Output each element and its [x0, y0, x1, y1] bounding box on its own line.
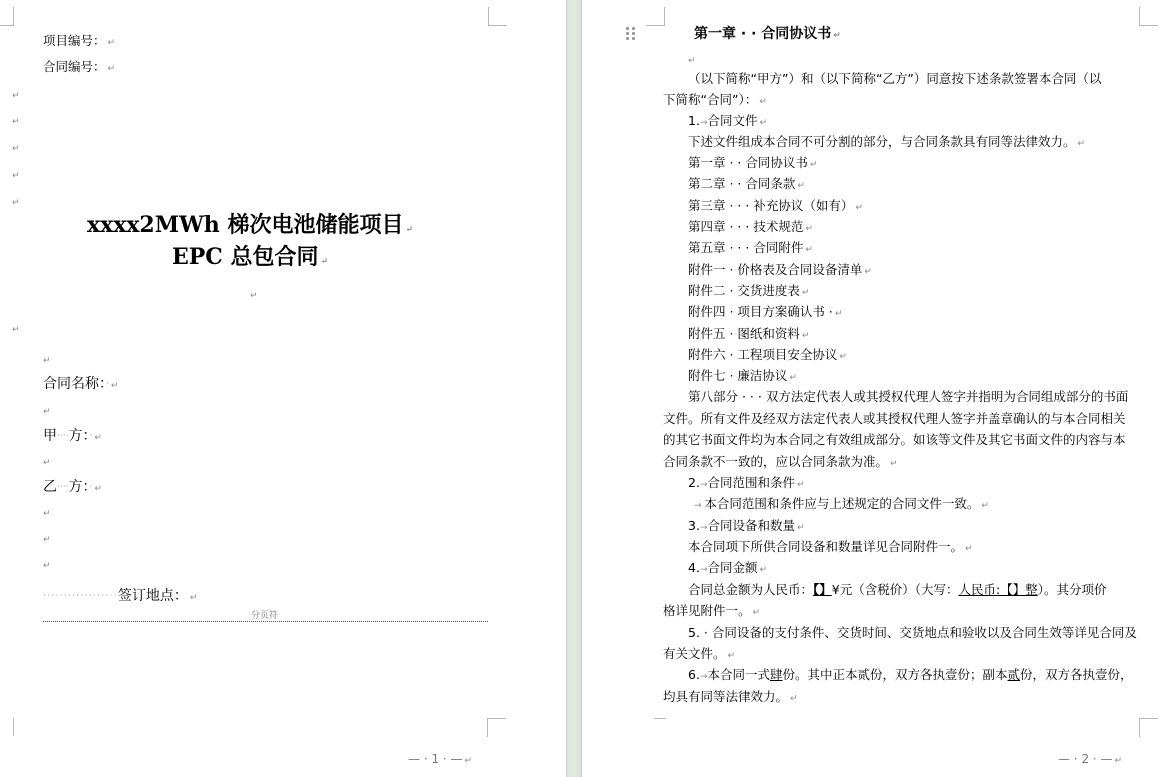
- section-6-line-1: 6.→本合同一式肆份。其中正本贰份，双方各执壹份；副本贰份，双方各执壹份，: [688, 667, 1133, 685]
- amount-placeholder[interactable]: 【】: [813, 582, 832, 597]
- paragraph-mark-icon: ↵: [805, 245, 813, 255]
- paragraph-mark-icon: ↵: [789, 373, 797, 383]
- page-break-label: 分页符: [250, 611, 279, 621]
- list-item-text: 第四章 · · · 技术规范: [688, 219, 803, 234]
- paragraph-mark-icon: ↵: [43, 509, 51, 519]
- paragraph-mark-icon: ↵: [790, 694, 798, 704]
- space-mark: ·: [106, 379, 109, 389]
- section-3-body: 本合同项下所供合同设备和数量详见合同附件一。↵: [688, 539, 973, 557]
- page-number-text: — · 1 · —: [408, 752, 463, 766]
- section-4-heading: 4.→合同金额↵: [688, 560, 767, 578]
- paragraph-mark-icon: ↵: [12, 325, 20, 335]
- list-item-text: 第三章 · · · 补充协议（如有）: [688, 198, 853, 213]
- section-body-text: 本合同项下所供合同设备和数量详见合同附件一。: [688, 539, 963, 554]
- list-item-text: 第二章 · · 合同条款: [688, 176, 795, 191]
- body-text: 均具有同等法律效力。: [663, 689, 788, 704]
- paragraph-mark-icon: ↵: [864, 267, 872, 277]
- paragraph-mark-icon: ↵: [465, 756, 473, 766]
- contract-number-label: 合同编号：: [43, 59, 106, 74]
- document-list-item: 附件二 · 交货进度表↵: [688, 283, 809, 301]
- margin-corner-mark: [1139, 7, 1158, 26]
- list-item-text: 附件六 · 工程项目安全协议: [688, 347, 837, 362]
- chapter-title-text: 第一章 · · 合同协议书: [694, 26, 831, 42]
- document-list-item: 附件一 · 价格表及合同设备清单↵: [688, 262, 872, 280]
- paragraph-mark-icon: ↵: [835, 309, 843, 319]
- project-number-label: 项目编号：: [43, 33, 106, 48]
- paragraph-mark-icon: ↵: [797, 181, 805, 191]
- body-text: 有关文件。: [663, 646, 726, 661]
- paragraph-mark-icon: ↵: [108, 64, 116, 74]
- paragraph-mark-icon: ↵: [190, 593, 198, 603]
- paragraph-mark-icon: ↵: [759, 97, 767, 107]
- section-body-text: 下述文件组成本合同不可分割的部分，与合同条款具有同等法律效力。: [688, 134, 1076, 149]
- margin-corner-mark: [0, 718, 14, 736]
- title-text: xxxx2MWh 梯次电池储能项目: [87, 212, 404, 238]
- project-number-field[interactable]: 项目编号：↵: [43, 33, 115, 51]
- document-list-item: 附件四 · 项目方案确认书 ·↵: [688, 304, 842, 322]
- document-list-item: 第二章 · · 合同条款↵: [688, 176, 805, 194]
- body-text: 本合同一式: [707, 667, 770, 682]
- section-number: 1.: [688, 113, 700, 128]
- party-a-label-a: 甲: [43, 428, 57, 444]
- space-marks: ··················: [43, 591, 118, 601]
- paragraph-mark-icon: ↵: [810, 160, 818, 170]
- space-mark: ·: [89, 431, 92, 441]
- paragraph-mark-icon: ↵: [12, 91, 20, 101]
- part-8-line-1: 第八部分 · · · 双方法定代表人或其授权代理人签字并指明为合同组成部分的书面: [688, 389, 1128, 405]
- margin-corner-mark: [0, 7, 14, 26]
- paragraph-mark-icon: ↵: [111, 381, 119, 391]
- intro-text: 下简称“合同”）：: [663, 92, 757, 107]
- paragraph-mark-icon: ↵: [797, 480, 805, 490]
- paragraph-mark-icon: ↵: [250, 291, 258, 301]
- paragraph-mark-icon: ↵: [94, 484, 102, 494]
- list-item-text: 附件二 · 交货进度表: [688, 283, 800, 298]
- section-heading-text: 合同金额: [707, 560, 757, 575]
- part-8-line-4: 合同条款不一致的，应以合同条款为准。↵: [663, 454, 898, 472]
- document-list-item: 第一章 · · 合同协议书↵: [688, 155, 817, 173]
- document-list-item: 第三章 · · · 补充协议（如有）↵: [688, 198, 863, 216]
- space-marks: ····: [57, 482, 68, 492]
- paragraph-mark-icon: ↵: [1115, 756, 1123, 766]
- paragraph-mark-icon: ↵: [12, 171, 20, 181]
- paragraph-drag-handle-icon[interactable]: [626, 27, 636, 41]
- party-b-field[interactable]: 乙····方：·↵: [43, 478, 102, 498]
- list-item-text: 附件一 · 价格表及合同设备清单: [688, 262, 862, 277]
- paragraph-mark-icon: ↵: [981, 501, 989, 511]
- page-number-2: — · 2 · —↵: [1058, 752, 1122, 766]
- party-a-field[interactable]: 甲····方：·↵: [43, 427, 102, 447]
- paragraph-mark-icon: ↵: [802, 331, 810, 341]
- body-text: 份。其中正本贰份，双方各执壹份；副本: [783, 667, 1008, 682]
- paragraph-mark-icon: ↵: [320, 257, 328, 267]
- section-1-heading: 1.→合同文件↵: [688, 113, 767, 131]
- section-3-heading: 3.→合同设备和数量↵: [688, 518, 805, 536]
- paragraph-mark-icon: ↵: [802, 288, 810, 298]
- section-body-text: 本合同范围和条件应与上述规定的合同文件一致。: [704, 496, 979, 511]
- margin-corner-mark: [1139, 718, 1158, 737]
- paragraph-mark-icon: ↵: [1078, 139, 1086, 149]
- paragraph-mark-icon: ↵: [94, 433, 102, 443]
- party-b-label-b: 方：: [68, 479, 89, 495]
- intro-line-1: （以下简称“甲方”）和（以下简称“乙方”）同意按下述条款签署本合同（以: [688, 71, 1101, 87]
- list-item-text: 附件四 · 项目方案确认书 ·: [688, 304, 833, 319]
- paragraph-mark-icon: ↵: [890, 459, 898, 469]
- list-item-text: 第五章 · · · 合同附件: [688, 240, 803, 255]
- paragraph-mark-icon: ↵: [43, 458, 51, 468]
- section-heading-text: 合同范围和条件: [707, 475, 795, 490]
- space-mark: ·: [89, 482, 92, 492]
- page-break-line: [43, 621, 488, 622]
- signing-place-label: 签订地点：: [118, 588, 188, 604]
- document-list-item: 附件七 · 廉洁协议↵: [688, 368, 797, 386]
- paragraph-mark-icon: ↵: [965, 544, 973, 554]
- document-title-line-1: xxxx2MWh 梯次电池储能项目↵: [0, 210, 500, 245]
- part-8-line-2: 文件。所有文件及经双方法定代表人或其授权代理人签字并盖章确认的与本合同相关: [663, 411, 1126, 427]
- amount-words-placeholder[interactable]: 人民币:【】整: [959, 582, 1038, 597]
- page-number-1: — · 1 · —↵: [408, 752, 472, 766]
- paragraph-mark-icon: ↵: [43, 561, 51, 571]
- section-number: 2.: [688, 475, 700, 490]
- paragraph-mark-icon: ↵: [805, 224, 813, 234]
- section-5-line-2: 有关文件。↵: [663, 646, 735, 664]
- section-4-body-line-2: 格详见附件一。↵: [663, 603, 760, 621]
- paragraph-mark-icon: ↵: [855, 203, 863, 213]
- section-4-body-line-1: 合同总金额为人民币：【】¥元（含税价）（大写：人民币:【】整）。其分项价: [688, 582, 1106, 598]
- section-number: 4.: [688, 560, 700, 575]
- paragraph-mark-icon: ↵: [12, 198, 20, 208]
- paragraph-mark-icon: ↵: [839, 352, 847, 362]
- paragraph-mark-icon: ↵: [753, 608, 761, 618]
- margin-corner-mark: [646, 7, 665, 26]
- paragraph-mark-icon: ↵: [12, 117, 20, 127]
- contract-name-field[interactable]: 合同名称：·↵: [43, 375, 118, 395]
- paragraph-mark-icon: ↵: [728, 651, 736, 661]
- paragraph-mark-icon: ↵: [43, 407, 51, 417]
- title-text: EPC 总包合同: [172, 244, 318, 270]
- document-title-line-2: EPC 总包合同↵: [0, 242, 500, 277]
- document-list-item: 附件五 · 图纸和资料↵: [688, 326, 809, 344]
- paragraph-mark-icon: ↵: [43, 535, 51, 545]
- space-marks: ····: [57, 431, 68, 441]
- margin-corner-mark: [654, 718, 666, 737]
- document-list-item: 附件六 · 工程项目安全协议↵: [688, 347, 847, 365]
- section-6-line-2: 均具有同等法律效力。↵: [663, 689, 798, 707]
- paragraph-mark-icon: ↵: [43, 356, 51, 366]
- section-number: 6.: [688, 667, 700, 682]
- body-text: ¥元（含税价）（大写：: [832, 582, 959, 597]
- signing-place-field[interactable]: ··················签订地点：↵: [43, 587, 197, 607]
- body-text: ）。其分项价: [1038, 582, 1107, 597]
- tab-arrow-icon: →: [694, 501, 704, 511]
- body-text: 格详见附件一。: [663, 603, 751, 618]
- paragraph-mark-icon: ↵: [108, 38, 116, 48]
- margin-corner-mark: [487, 718, 506, 737]
- paragraph-mark-icon: ↵: [688, 56, 696, 66]
- body-text: 合同总金额为人民币：: [688, 582, 813, 597]
- copies-duplicate-field[interactable]: 贰: [1008, 667, 1021, 682]
- paragraph-mark-icon: ↵: [833, 31, 841, 41]
- contract-number-field[interactable]: 合同编号：↵: [43, 59, 115, 77]
- section-2-heading: 2.→合同范围和条件↵: [688, 475, 805, 493]
- page-1: 项目编号：↵ 合同编号：↵ ↵ ↵ ↵ ↵ ↵ xxxx2MWh 梯次电池储能项…: [0, 0, 566, 777]
- margin-corner-mark: [488, 7, 507, 26]
- page-number-text: — · 2 · —: [1058, 752, 1113, 766]
- paragraph-mark-icon: ↵: [797, 523, 805, 533]
- page-gap-divider: [566, 0, 582, 777]
- paragraph-mark-icon: ↵: [405, 225, 413, 235]
- paragraph-mark-icon: ↵: [760, 118, 768, 128]
- chapter-title: 第一章 · · 合同协议书↵: [694, 26, 841, 44]
- contract-name-label: 合同名称：: [43, 376, 106, 392]
- section-heading-text: 合同设备和数量: [707, 518, 795, 533]
- document-list-item: 第五章 · · · 合同附件↵: [688, 240, 813, 258]
- paragraph-mark-icon: ↵: [12, 144, 20, 154]
- document-list-item: 第四章 · · · 技术规范↵: [688, 219, 813, 237]
- list-item-text: 附件五 · 图纸和资料: [688, 326, 800, 341]
- part-8-line-3: 的其它书面文件均为本合同之有效组成部分。如该等文件及其它书面文件的内容与本: [663, 432, 1126, 448]
- list-item-text: 第一章 · · 合同协议书: [688, 155, 808, 170]
- section-1-description: 下述文件组成本合同不可分割的部分，与合同条款具有同等法律效力。↵: [688, 134, 1085, 152]
- intro-line-2: 下简称“合同”）：↵: [663, 92, 767, 110]
- list-item-text: 附件七 · 廉洁协议: [688, 368, 787, 383]
- party-b-label-a: 乙: [43, 479, 57, 495]
- body-text: 合同条款不一致的，应以合同条款为准。: [663, 454, 888, 469]
- section-number: 3.: [688, 518, 700, 533]
- party-a-label-b: 方：: [68, 428, 89, 444]
- section-5-line-1: 5. · 合同设备的支付条件、交货时间、交货地点和验收以及合同生效等详见合同及: [688, 625, 1137, 641]
- copies-total-field[interactable]: 肆: [770, 667, 783, 682]
- paragraph-mark-icon: ↵: [760, 565, 768, 575]
- body-text: 份，双方各执壹份，: [1020, 667, 1133, 682]
- section-heading-text: 合同文件: [707, 113, 757, 128]
- section-2-body: → 本合同范围和条件应与上述规定的合同文件一致。↵: [694, 496, 989, 514]
